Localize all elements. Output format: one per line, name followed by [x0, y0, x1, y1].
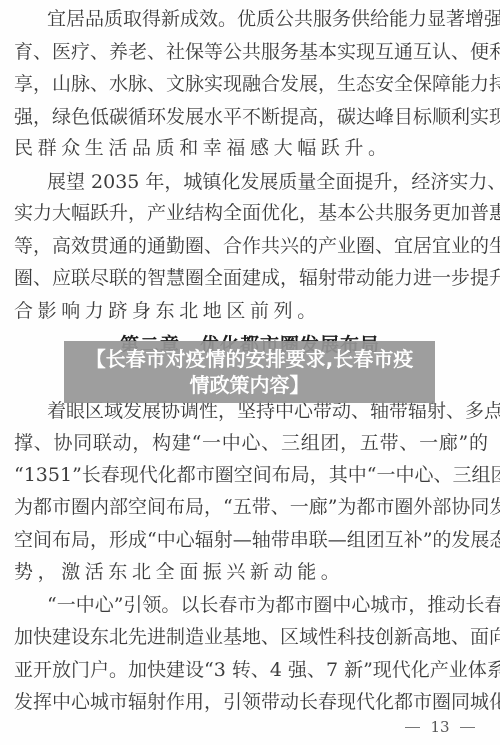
- paragraph-line: 撑、协同联动，构建“一中心、三组团，五带、一廊”的: [14, 431, 488, 455]
- page-number-text: 13: [430, 718, 449, 736]
- overlay-title-line-2: 情政策内容】: [64, 372, 435, 398]
- paragraph-line: 合影响力跻身东北地区前列。: [14, 299, 488, 323]
- paragraph-line: 等，高效贯通的通勤圈、合作共兴的产业圈、宜居宜业的生活: [14, 234, 488, 258]
- page-number: 13: [400, 717, 480, 737]
- paragraph-line: “1351”长春现代化都市圈空间布局，其中“一中心、三组团”: [14, 463, 488, 487]
- dash-left: [405, 727, 420, 728]
- paragraph-line: “一中心”引领。以长春市为都市圈中心城市，推动长春市: [47, 593, 488, 617]
- paragraph-line: 享，山脉、水脉、文脉实现融合发展，生态安全保障能力持续增: [14, 72, 488, 96]
- paragraph-line: 势，激活东北全面振兴新动能。: [14, 560, 488, 584]
- overlay-title-line-1: 【长春市对疫情的安排要求,长春市疫: [64, 346, 435, 372]
- paragraph-line: 实力大幅跃升，产业结构全面优化，基本公共服务更加普惠均: [14, 201, 488, 225]
- paragraph-line: 育、医疗、养老、社保等公共服务基本实现互通互认、便利共: [14, 40, 488, 64]
- paragraph-line: 圈、应联尽联的智慧圈全面建成，辐射带动能力进一步提升，综: [14, 266, 488, 290]
- paragraph-line: 宜居品质取得新成效。优质公共服务供给能力显著增强，教: [47, 7, 488, 31]
- paragraph-line: 空间布局，形成“中心辐射—轴带串联—组团互补”的发展态: [14, 528, 488, 552]
- paragraph-line: 展望 2035 年，城镇化发展质量全面提升，经济实力、科技: [47, 170, 488, 194]
- paragraph-line: 加快建设东北先进制造业基地、区域性科技创新高地、面向东北: [14, 625, 488, 649]
- dash-right: [460, 727, 475, 728]
- paragraph-line: 发挥中心城市辐射作用，引领带动长春现代化都市圈同城化发: [14, 690, 488, 714]
- paragraph-line: 亚开放门户。加快建设“3 转、4 强、7 新”现代化产业体系，: [14, 658, 488, 682]
- paragraph-line: 为都市圈内部空间布局，“五带、一廊”为都市圈外部协同发展: [14, 495, 488, 519]
- paragraph-line: 强，绿色低碳循环发展水平不断提高，碳达峰目标顺利实现，人: [14, 105, 488, 129]
- title-overlay-banner: 【长春市对疫情的安排要求,长春市疫 情政策内容】: [64, 341, 435, 403]
- paragraph-line: 民群众生活品质和幸福感大幅跃升。: [14, 136, 488, 160]
